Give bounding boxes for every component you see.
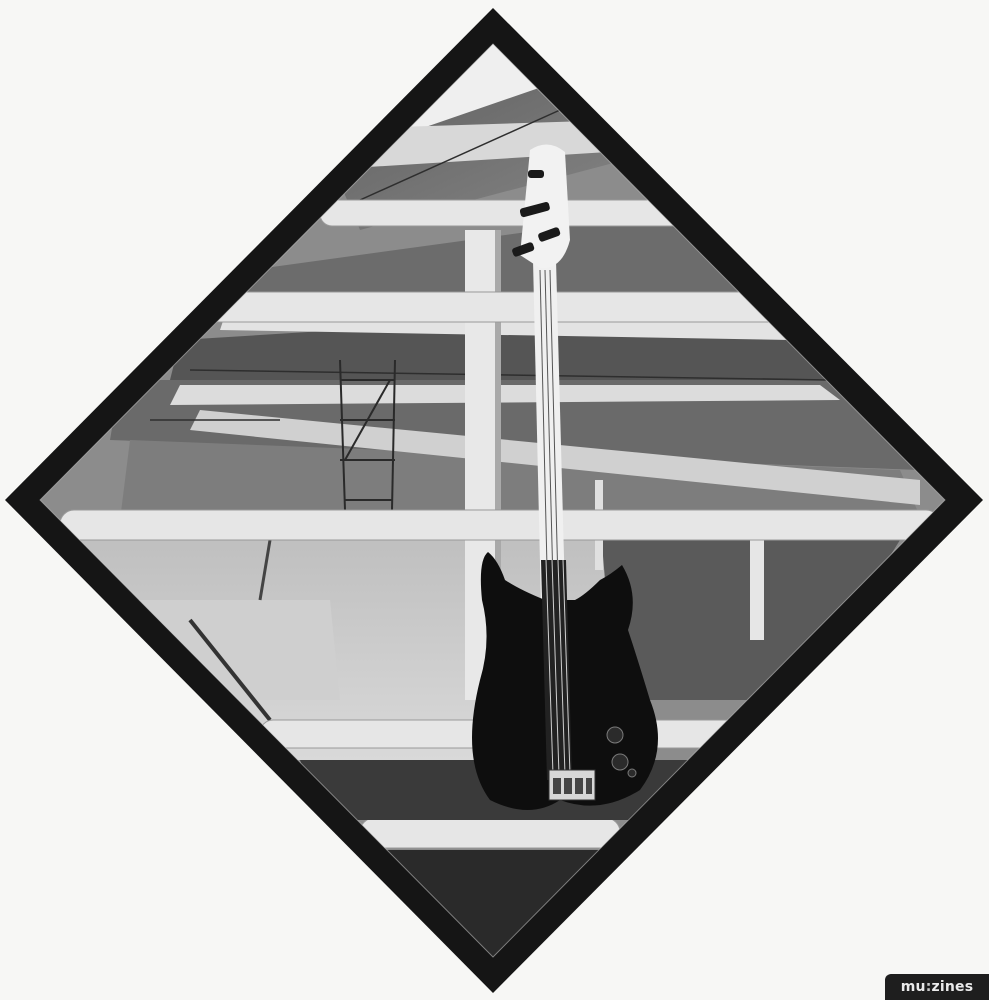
watermark-prefix: mu (901, 979, 926, 995)
muzines-watermark: mu:zines (885, 974, 989, 1000)
photo-content (0, 0, 989, 1000)
magazine-photo (0, 0, 989, 1000)
watermark-suffix: zines (932, 979, 974, 995)
